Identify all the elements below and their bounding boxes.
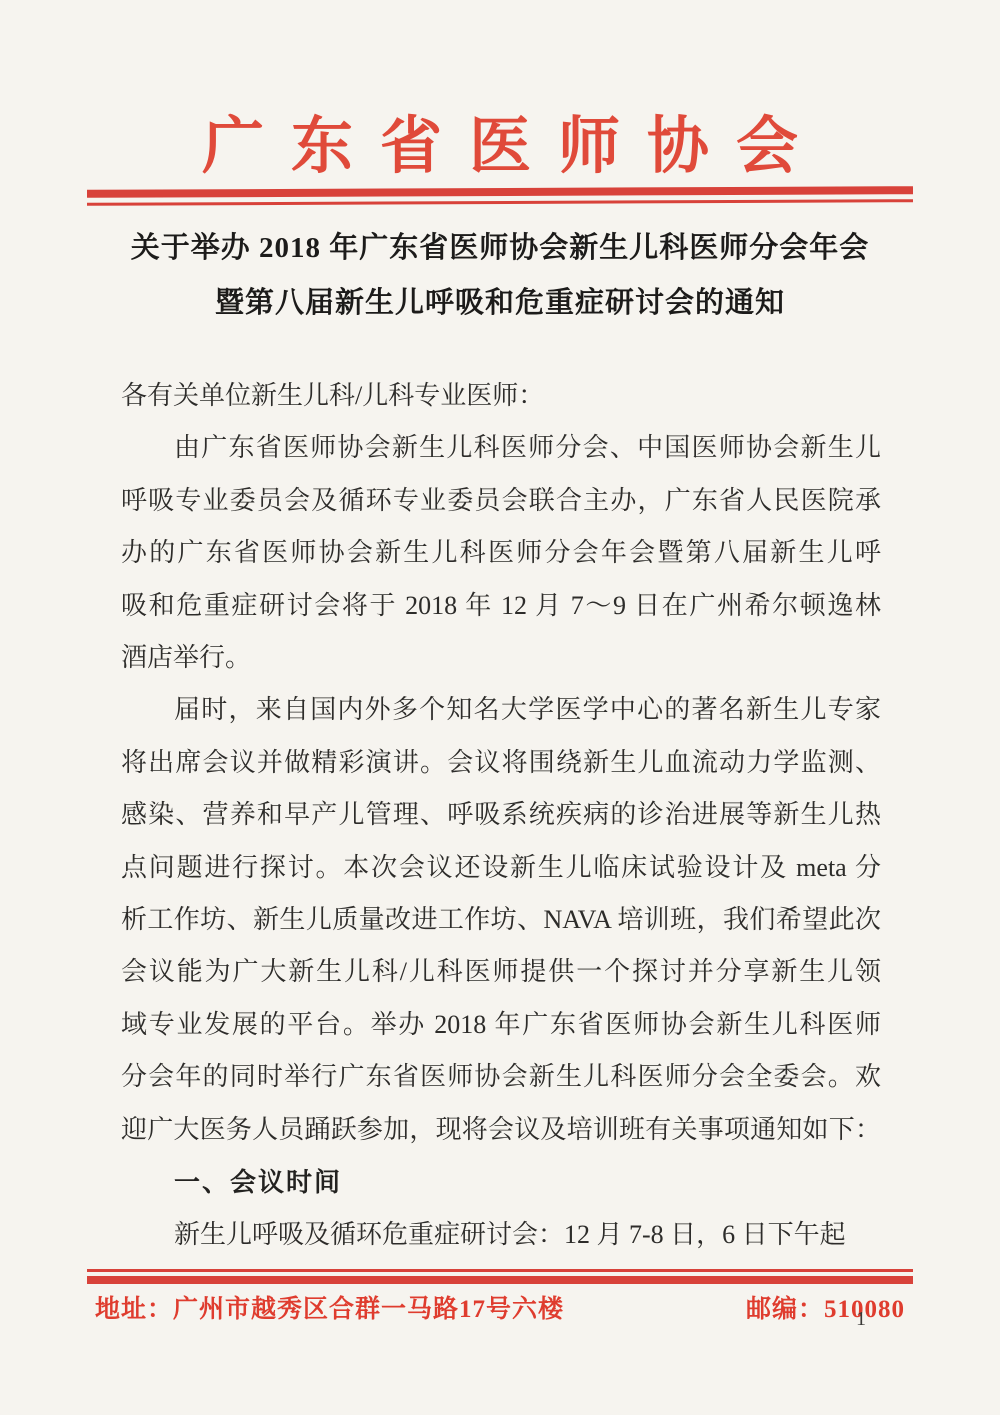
body-line: 新生儿呼吸及循环危重症研讨会：12 月 7-8 日，6 日下午起: [121, 1209, 881, 1261]
body-line: 办的广东省医师协会新生儿科医师分会年会暨第八届新生儿呼: [121, 527, 881, 579]
document-page: 广东省医师协会 关于举办 2018 年广东省医师协会新生儿科医师分会年会 暨第八…: [0, 0, 1000, 1415]
footer-rule-thick: [87, 1276, 913, 1284]
footer-address: 地址：广州市越秀区合群一马路17号六楼: [95, 1289, 564, 1325]
salutation-line: 各有关单位新生儿科/儿科专业医师：: [121, 370, 881, 422]
body-line: 将出席会议并做精彩演讲。会议将围绕新生儿血流动力学监测、: [121, 737, 881, 789]
letterhead-rule-thin: [87, 199, 913, 205]
body-line: 届时，来自国内外多个知名大学医学中心的著名新生儿专家: [121, 684, 881, 736]
body-line: 感染、营养和早产儿管理、呼吸系统疾病的诊治进展等新生儿热: [121, 789, 881, 841]
body-line: 点问题进行探讨。本次会议还设新生儿临床试验设计及 meta 分: [121, 842, 881, 894]
document-title-line-1: 关于举办 2018 年广东省医师协会新生儿科医师分会年会: [60, 221, 940, 276]
body-line: 吸和危重症研讨会将于 2018 年 12 月 7～9 日在广州希尔顿逸林: [121, 580, 881, 632]
body-text: 各有关单位新生儿科/儿科专业医师： 由广东省医师协会新生儿科医师分会、中国医师协…: [121, 370, 881, 1261]
body-line: 酒店举行。: [121, 632, 881, 684]
section-heading-meeting-time: 一、会议时间: [121, 1156, 881, 1208]
letterhead-org-name: 广东省医师协会: [0, 96, 1000, 185]
document-title-line-2: 暨第八届新生儿呼吸和危重症研讨会的通知: [60, 276, 940, 331]
document-title: 关于举办 2018 年广东省医师协会新生儿科医师分会年会 暨第八届新生儿呼吸和危…: [60, 221, 940, 331]
page-number: 1: [856, 1308, 866, 1331]
letterhead-rule-thick: [87, 186, 913, 198]
body-line: 迎广大医务人员踊跃参加，现将会议及培训班有关事项通知如下：: [121, 1104, 881, 1156]
footer: 地址：广州市越秀区合群一马路17号六楼 邮编：510080: [95, 1289, 905, 1325]
body-line: 由广东省医师协会新生儿科医师分会、中国医师协会新生儿: [121, 422, 881, 474]
body-line: 分会年的同时举行广东省医师协会新生儿科医师分会全委会。欢: [121, 1051, 881, 1103]
body-line: 析工作坊、新生儿质量改进工作坊、NAVA 培训班，我们希望此次: [121, 894, 881, 946]
body-line: 呼吸专业委员会及循环专业委员会联合主办，广东省人民医院承: [121, 475, 881, 527]
body-line: 域专业发展的平台。举办 2018 年广东省医师协会新生儿科医师: [121, 999, 881, 1051]
footer-postcode: 邮编：510080: [746, 1289, 905, 1325]
body-line: 会议能为广大新生儿科/儿科医师提供一个探讨并分享新生儿领: [121, 946, 881, 998]
footer-rule-thin: [87, 1269, 913, 1272]
